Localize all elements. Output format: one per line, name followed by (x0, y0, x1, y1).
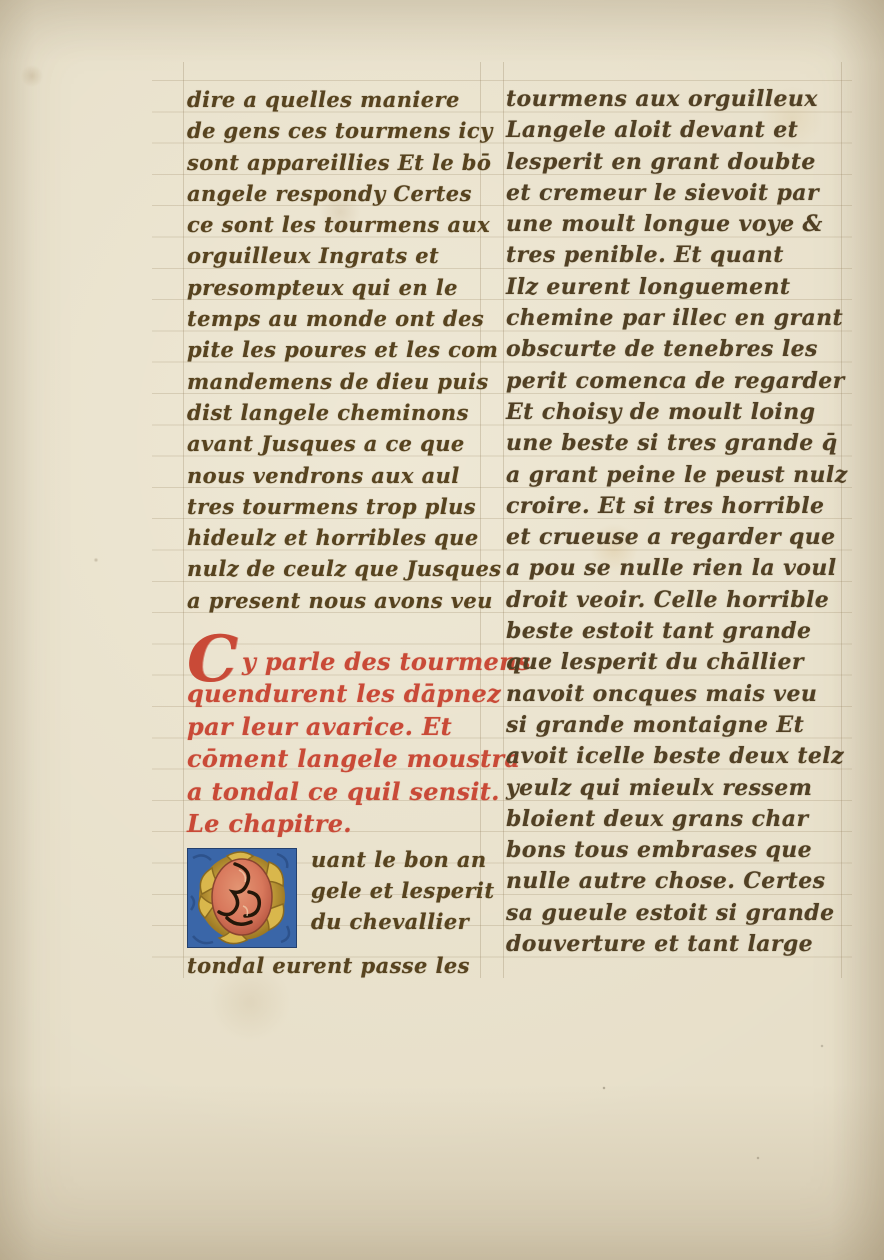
text-line: nulle autre chose. Certes (506, 866, 846, 897)
text-line: sa gueule estoit si grande (506, 898, 846, 929)
right-column-text-block: tourmens aux orguilleuxLangele aloit dev… (506, 84, 846, 960)
text-line: tres tourmens trop plus (187, 491, 487, 522)
text-line: nulz de ceulz que Jusques (187, 553, 487, 584)
text-line: avant Jusques a ce que (187, 428, 487, 459)
text-line: orguilleux Ingrats et (187, 240, 487, 271)
text-line: avoit icelle beste deux telz (506, 741, 846, 772)
manuscript-page: dire a quelles manierede gens ces tourme… (0, 0, 884, 1260)
text-line: presompteux qui en le (187, 272, 487, 303)
text-line: hideulz et horribles que (187, 522, 487, 553)
rubric-line-text: y parle des tourmens (242, 646, 531, 679)
text-line: Langele aloit devant et (506, 115, 846, 146)
text-line: douverture et tant large (506, 929, 846, 960)
text-line: temps au monde ont des (187, 303, 487, 334)
text-line: une moult longue voye & (506, 209, 846, 240)
text-line: de gens ces tourmens icy (187, 115, 487, 146)
text-line: et cremeur le sievoit par (506, 178, 846, 209)
text-line: pite les poures et les com (187, 334, 487, 365)
text-line: bons tous embrases que (506, 835, 846, 866)
text-line: yeulz qui mieulx ressem (506, 773, 846, 804)
text-line: lesperit en grant doubte (506, 147, 846, 178)
text-line: croire. Et si tres horrible (506, 491, 846, 522)
text-line: a grant peine le peust nulz (506, 460, 846, 491)
rubric-lines: quendurent les dāpnezpar leur avarice. E… (187, 678, 487, 841)
text-line: bloient deux grans char (506, 804, 846, 835)
left-column-text-block: dire a quelles manierede gens ces tourme… (187, 84, 487, 616)
text-line: a present nous avons veu (187, 585, 487, 616)
rubric-block: C y parle des tourmens quendurent les dā… (187, 638, 487, 841)
text-line: dist langele cheminons (187, 397, 487, 428)
text-line: nous vendrons aux aul (187, 460, 487, 491)
text-line: droit veoir. Celle horrible (506, 585, 846, 616)
rubric-first-line: C y parle des tourmens (187, 638, 487, 678)
chapter-start-block: uant le bon angele et lesperitdu chevall… (187, 844, 487, 981)
text-line: Ilz eurent longuement (506, 272, 846, 303)
text-line: ce sont les tourmens aux (187, 209, 487, 240)
right-text-column: tourmens aux orguilleuxLangele aloit dev… (506, 84, 846, 960)
rubric-line: cōment langele moustra (187, 743, 487, 776)
text-line: sont appareillies Et le bō (187, 147, 487, 178)
rubric-line: par leur avarice. Et (187, 711, 487, 744)
text-line: beste estoit tant grande (506, 616, 846, 647)
text-line: tourmens aux orguilleux (506, 84, 846, 115)
rubric-line: Le chapitre. (187, 808, 487, 841)
text-line: et crueuse a regarder que (506, 522, 846, 553)
illuminated-initial-artwork (187, 848, 297, 948)
left-text-column: dire a quelles manierede gens ces tourme… (187, 84, 487, 981)
chapter-continuation-line: tondal eurent passe les (187, 948, 487, 981)
illuminated-initial-q (187, 848, 297, 948)
text-line: que lesperit du chāllier (506, 647, 846, 678)
rubric-initial-letter: C (187, 640, 238, 680)
text-line: Et choisy de moult loing (506, 397, 846, 428)
text-line: navoit oncques mais veu (506, 679, 846, 710)
text-line: perit comenca de regarder (506, 366, 846, 397)
text-line: si grande montaigne Et (506, 710, 846, 741)
text-line: tres penible. Et quant (506, 240, 846, 271)
text-line: angele respondy Certes (187, 178, 487, 209)
text-line: dire a quelles maniere (187, 84, 487, 115)
text-line: une beste si tres grande q̄ (506, 428, 846, 459)
text-line: a pou se nulle rien la voul (506, 553, 846, 584)
text-line: mandemens de dieu puis (187, 366, 487, 397)
rubric-line: a tondal ce quil sensit. (187, 776, 487, 809)
text-line: chemine par illec en grant (506, 303, 846, 334)
vertical-rule (503, 62, 504, 978)
text-line: obscurte de tenebres les (506, 334, 846, 365)
vertical-rule (183, 62, 184, 978)
